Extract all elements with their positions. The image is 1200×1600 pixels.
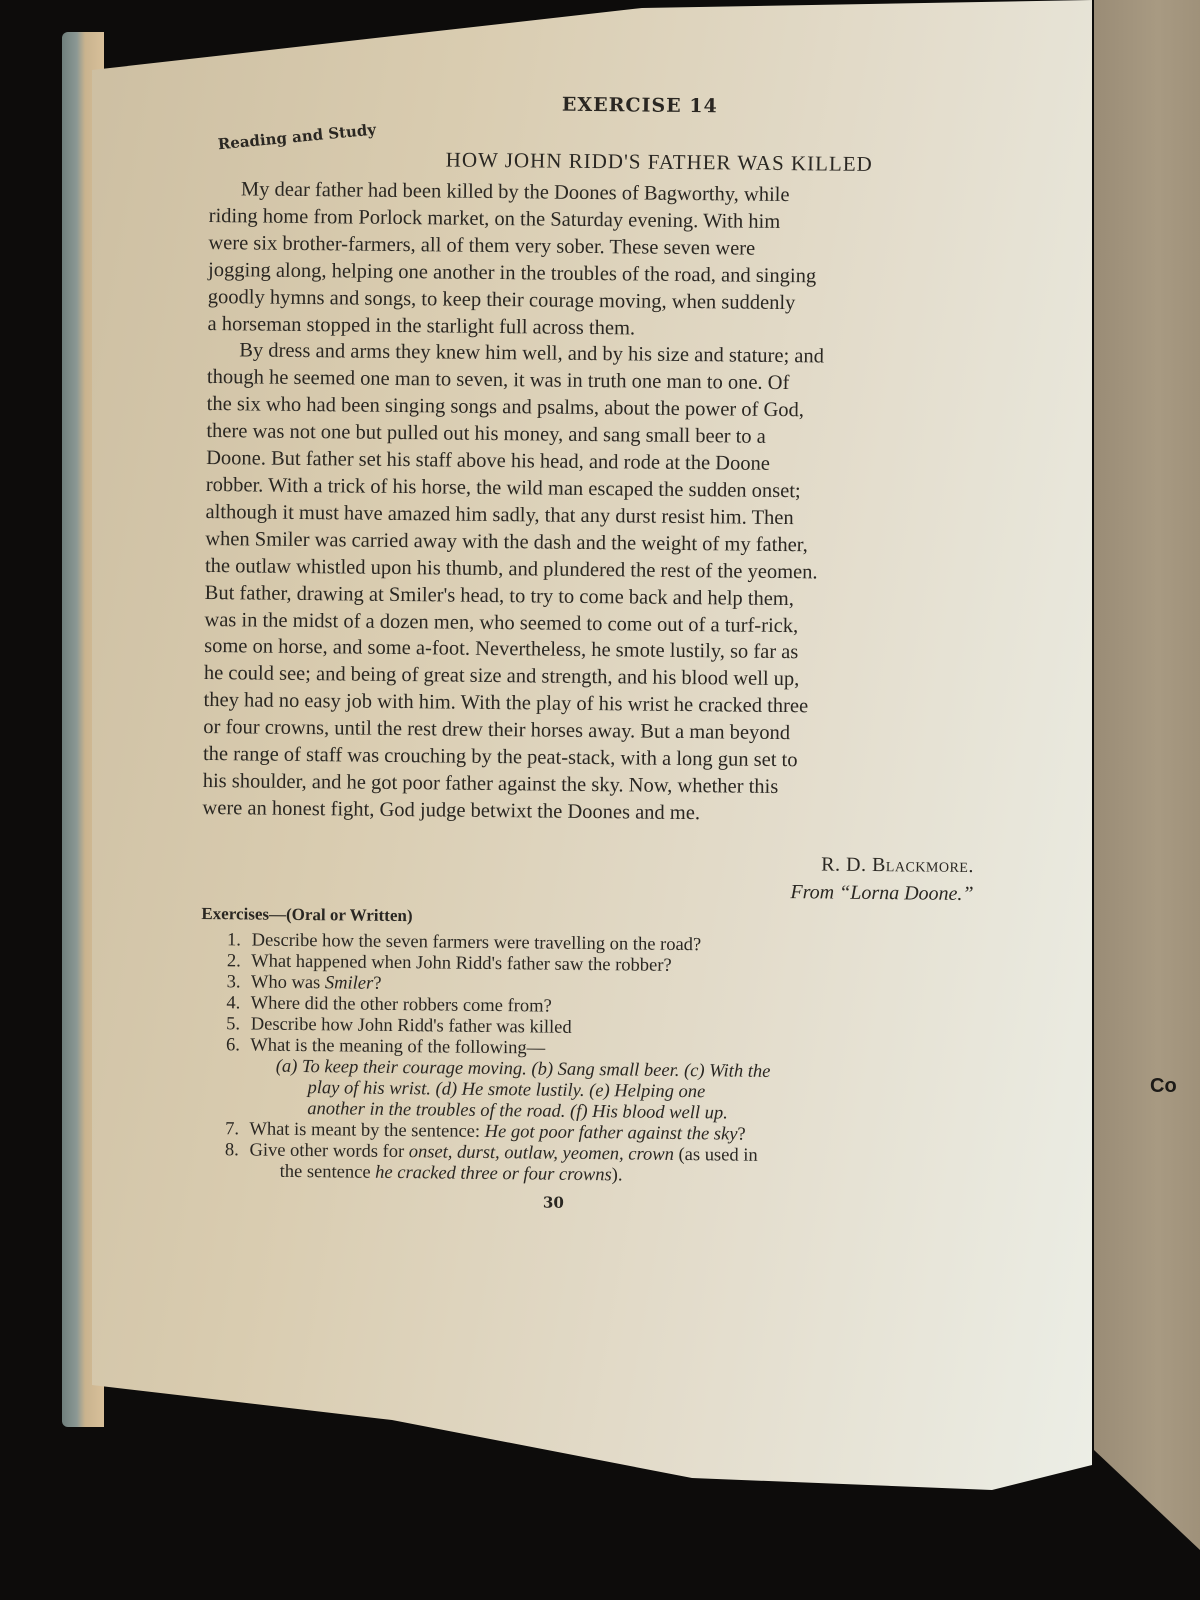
attribution: R. D. Blackmore. From “Lorna Doone.” bbox=[202, 844, 1003, 908]
story-title: HOW JOHN RIDD'S FATHER WAS KILLED bbox=[309, 146, 1009, 178]
story-paragraph-1: My dear father had been killed by the Do… bbox=[207, 176, 1009, 346]
exercises-heading: Exercises—(Oral or Written) bbox=[201, 904, 1001, 932]
source-title: “Lorna Doone.” bbox=[839, 881, 974, 904]
facing-page-text: Co bbox=[1150, 1075, 1177, 1098]
page-content: EXERCISE 14 Reading and Study HOW JOHN R… bbox=[198, 90, 1010, 1216]
facing-page: Co bbox=[1094, 0, 1200, 1580]
story-paragraph-2: By dress and arms they knew him well, an… bbox=[202, 337, 1007, 830]
exercise-questions: 1. Describe how the seven farmers were t… bbox=[225, 930, 1002, 1190]
